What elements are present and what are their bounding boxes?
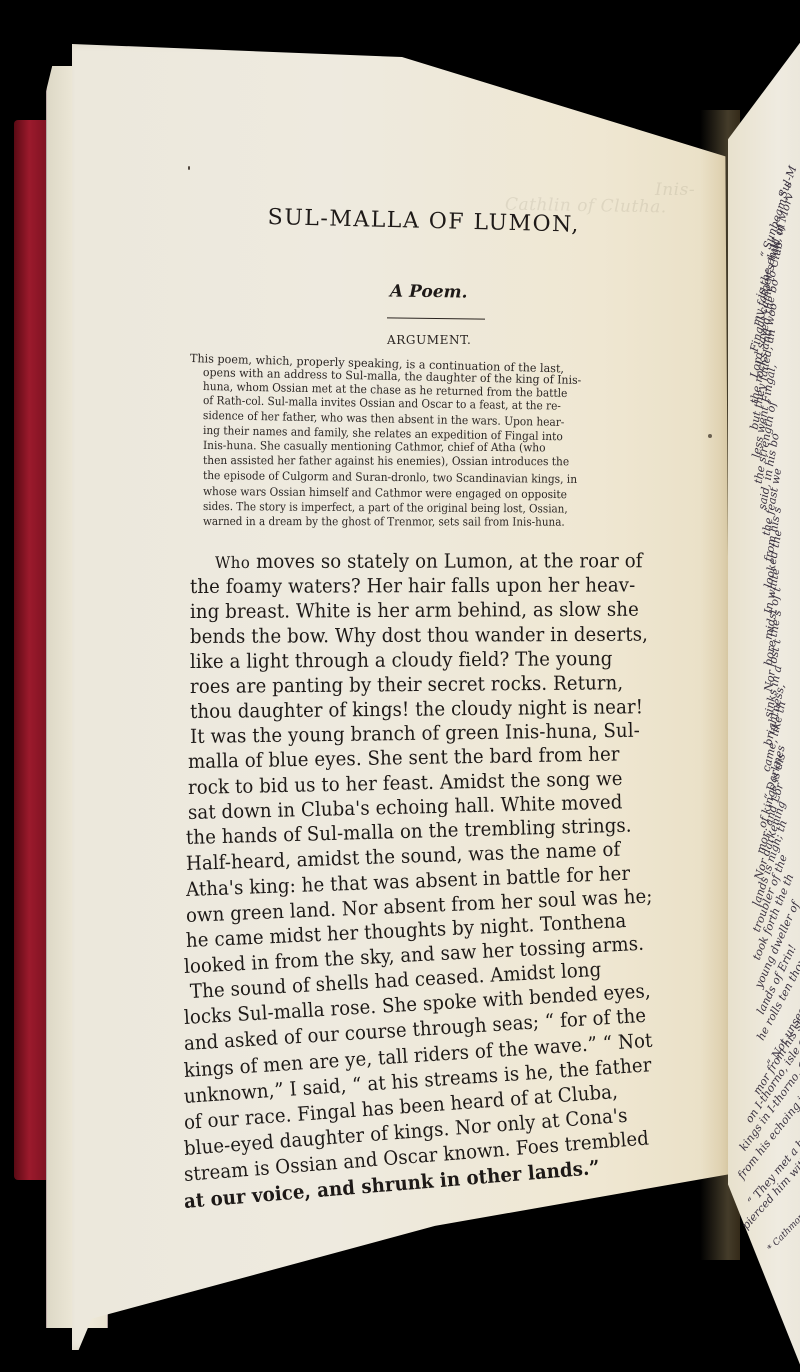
argument-line: then assisted her father against his ene… (203, 455, 569, 468)
argument-line: warned in a dream by the ghost of Trenmo… (203, 516, 565, 528)
book-cover-edge (14, 120, 48, 1180)
poem-subtitle: A Poem. (390, 281, 468, 302)
body-line-first: Who moves so stately on Lumon, at the ro… (215, 551, 643, 571)
paper-speck (188, 166, 190, 170)
body-line: bends the bow. Why dost thou wander in d… (190, 625, 648, 647)
argument-line: sides. The story is imperfect, a part of… (203, 501, 568, 515)
body-line: like a light through a cloudy field? The… (190, 649, 613, 671)
paper-speck (708, 434, 712, 438)
ghost-page-word: Inis- (655, 180, 695, 200)
argument-line: Inis-huna. She casually mentioning Cathm… (203, 440, 546, 454)
argument-heading: ARGUMENT. (387, 333, 471, 347)
body-line: the foamy waters? Her hair falls upon he… (190, 575, 635, 596)
body-line: roes are panting by their secret rocks. … (190, 673, 623, 696)
body-line: ing breast. White is her arm behind, as … (190, 600, 639, 622)
body-line: thou daughter of kings! the cloudy night… (190, 697, 643, 721)
drop-word: Who (215, 553, 250, 572)
